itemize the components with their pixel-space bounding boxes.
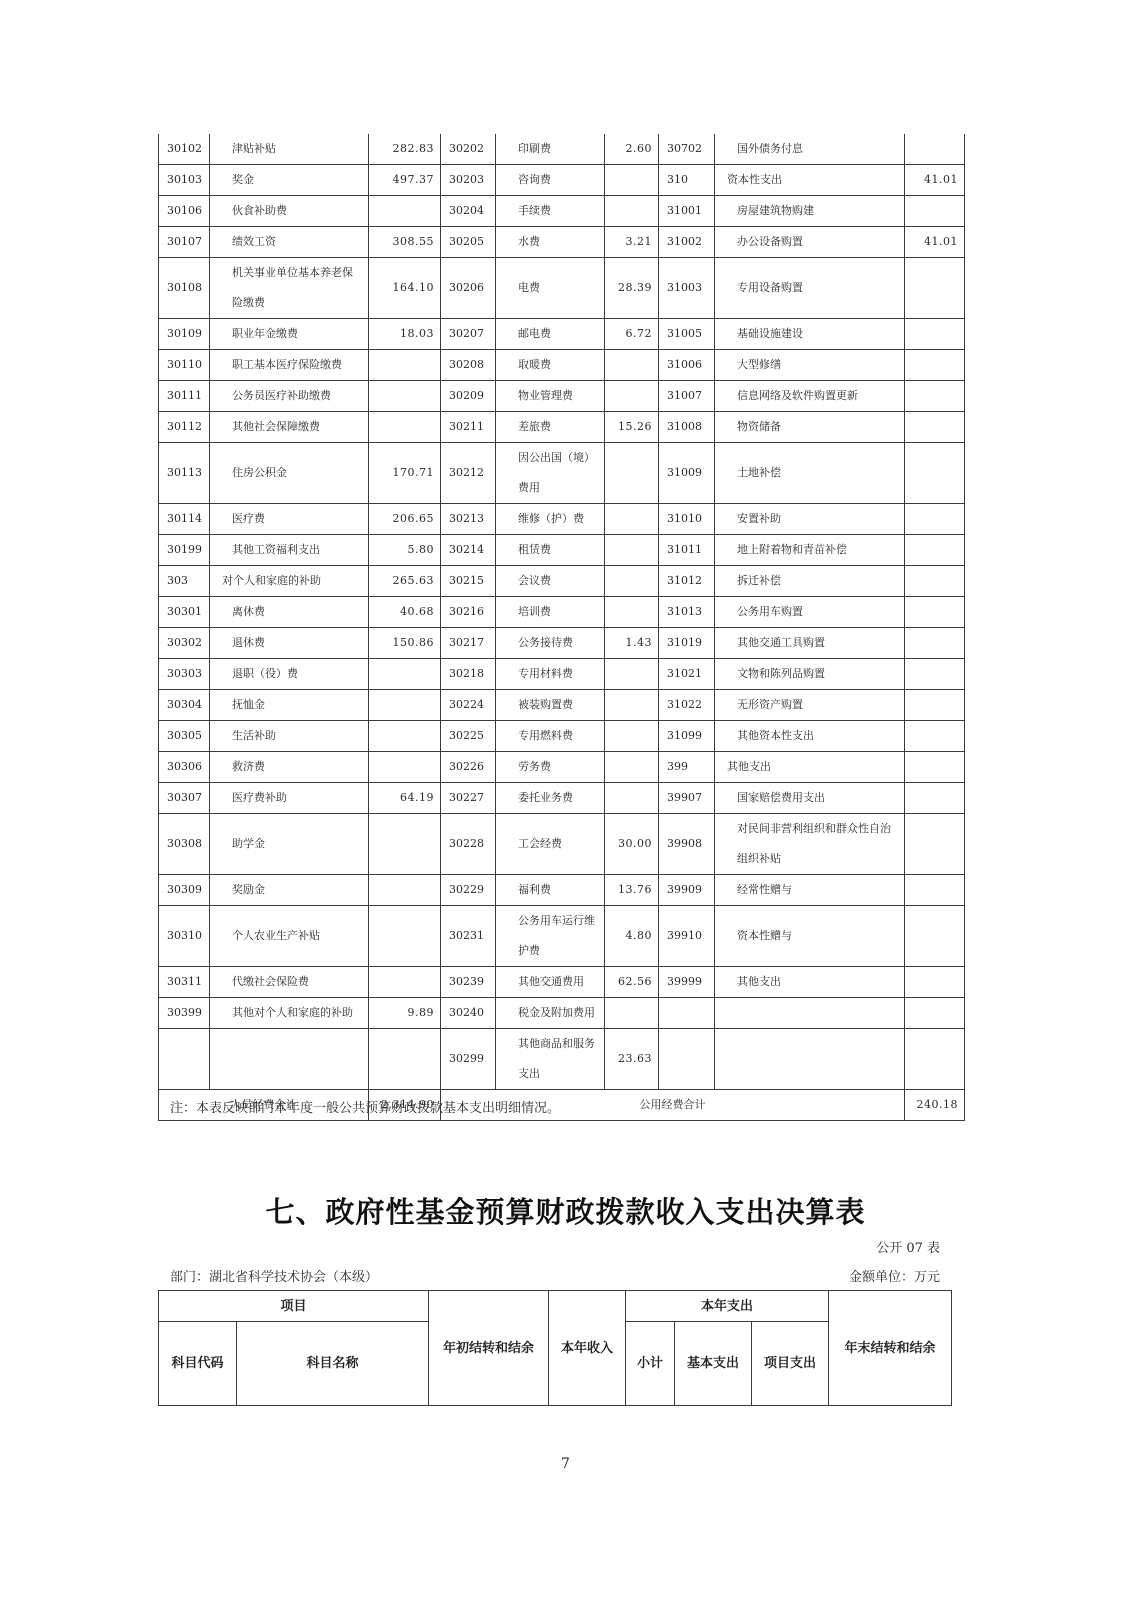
amount: 9.89 [369,998,441,1029]
amount [905,906,965,967]
header-subtotal: 小计 [626,1322,675,1406]
table-row: 30305生活补助30225专用燃料费31099其他资本性支出 [159,721,965,752]
amount [905,690,965,721]
subject-name: 住房公积金 [210,443,369,504]
subject-name: 房屋建筑物购建 [715,196,905,227]
subject-code: 30299 [441,1029,496,1090]
subject-name: 印刷费 [496,134,605,165]
amount [369,814,441,875]
amount [605,381,659,412]
amount: 2.60 [605,134,659,165]
subject-code [659,1029,715,1090]
subject-code: 31001 [659,196,715,227]
table-number: 公开 07 表 [876,1237,940,1256]
subject-name: 资本性支出 [715,165,905,196]
amount [905,350,965,381]
subject-code: 30302 [159,628,210,659]
amount [369,196,441,227]
amount [905,319,965,350]
amount: 206.65 [369,504,441,535]
subject-code: 39908 [659,814,715,875]
subject-code: 30214 [441,535,496,566]
table-row: 30306救济费30226劳务费399其他支出 [159,752,965,783]
amount [369,752,441,783]
subject-name: 离休费 [210,597,369,628]
subject-name: 国外债务付息 [715,134,905,165]
subject-name: 奖励金 [210,875,369,906]
subject-name: 取暖费 [496,350,605,381]
amount [369,350,441,381]
subject-code: 30199 [159,535,210,566]
amount: 265.63 [369,566,441,597]
amount: 3.21 [605,227,659,258]
subject-code: 30102 [159,134,210,165]
amount: 164.10 [369,258,441,319]
amount: 150.86 [369,628,441,659]
subject-name: 其他资本性支出 [715,721,905,752]
subject-name: 咨询费 [496,165,605,196]
subject-code: 30213 [441,504,496,535]
amount: 1.43 [605,628,659,659]
subject-code: 30309 [159,875,210,906]
subject-code: 30239 [441,967,496,998]
amount: 28.39 [605,258,659,319]
subject-code: 39909 [659,875,715,906]
subject-code: 31022 [659,690,715,721]
subject-code: 30218 [441,659,496,690]
subject-name: 国家赔偿费用支出 [715,783,905,814]
header-opening-balance: 年初结转和结余 [429,1291,549,1406]
table-row: 30308助学金30228工会经费30.0039908对民间非营利组织和群众性自… [159,814,965,875]
subject-name: 劳务费 [496,752,605,783]
subject-name: 其他支出 [715,752,905,783]
subject-name: 退休费 [210,628,369,659]
amount: 308.55 [369,227,441,258]
subject-code: 30205 [441,227,496,258]
subject-code: 30207 [441,319,496,350]
subject-code: 30228 [441,814,496,875]
header-annual-income: 本年收入 [549,1291,626,1406]
amount [905,443,965,504]
subject-name: 租赁费 [496,535,605,566]
table-row: 30110职工基本医疗保险缴费30208取暖费31006大型修缮 [159,350,965,381]
basic-expenditure-detail-table: 30102津贴补贴282.8330202印刷费2.6030702国外债务付息30… [158,134,965,1121]
subject-code: 310 [659,165,715,196]
amount [905,134,965,165]
subject-name: 其他商品和服务支出 [496,1029,605,1090]
header-project-expense: 项目支出 [752,1322,829,1406]
subject-code: 30112 [159,412,210,443]
subject-code: 30308 [159,814,210,875]
amount [905,659,965,690]
subject-code: 30110 [159,350,210,381]
amount [605,443,659,504]
subject-code: 30306 [159,752,210,783]
page-number: 7 [0,1456,1131,1472]
subject-code: 30231 [441,906,496,967]
subject-code: 30107 [159,227,210,258]
subject-code: 399 [659,752,715,783]
amount [369,875,441,906]
amount [369,412,441,443]
subject-name: 津贴补贴 [210,134,369,165]
subject-code: 30113 [159,443,210,504]
subject-code: 30206 [441,258,496,319]
subject-code: 31012 [659,566,715,597]
subject-name: 职工基本医疗保险缴费 [210,350,369,381]
subject-code: 39910 [659,906,715,967]
table-row: 30304抚恤金30224被装购置费31022无形资产购置 [159,690,965,721]
subject-name: 大型修缮 [715,350,905,381]
subject-name: 公务员医疗补助缴费 [210,381,369,412]
amount: 41.01 [905,165,965,196]
subject-code: 31003 [659,258,715,319]
amount [605,752,659,783]
amount [905,721,965,752]
amount [905,504,965,535]
government-fund-table: 项目 年初结转和结余 本年收入 本年支出 年末结转和结余 科目代码 科目名称 小… [158,1290,952,1406]
subject-name: 公务接待费 [496,628,605,659]
amount [369,1029,441,1090]
header-basic-expense: 基本支出 [675,1322,752,1406]
subject-code: 30216 [441,597,496,628]
subject-code: 30311 [159,967,210,998]
subject-name: 委托业务费 [496,783,605,814]
subject-code: 30303 [159,659,210,690]
table-row: 30107绩效工资308.5530205水费3.2131002办公设备购置41.… [159,227,965,258]
subject-name: 电费 [496,258,605,319]
table-row: 30108机关事业单位基本养老保险缴费164.1030206电费28.39310… [159,258,965,319]
subject-name: 办公设备购置 [715,227,905,258]
table-row: 30299其他商品和服务支出23.63 [159,1029,965,1090]
subject-name: 工会经费 [496,814,605,875]
subject-name: 物资储备 [715,412,905,443]
subject-name: 其他工资福利支出 [210,535,369,566]
public-total-value: 240.18 [905,1090,965,1121]
subject-name: 其他对个人和家庭的补助 [210,998,369,1029]
amount: 18.03 [369,319,441,350]
amount: 282.83 [369,134,441,165]
amount [369,721,441,752]
subject-name: 土地补偿 [715,443,905,504]
subject-name: 伙食补助费 [210,196,369,227]
amount: 30.00 [605,814,659,875]
table-row: 30399其他对个人和家庭的补助9.8930240税金及附加费用 [159,998,965,1029]
amount [905,628,965,659]
subject-name: 无形资产购置 [715,690,905,721]
subject-name: 手续费 [496,196,605,227]
subject-name: 公务用车运行维护费 [496,906,605,967]
header-item: 项目 [159,1291,429,1322]
subject-name: 文物和陈列品购置 [715,659,905,690]
subject-name: 其他交通工具购置 [715,628,905,659]
subject-name: 代缴社会保险费 [210,967,369,998]
subject-code: 30202 [441,134,496,165]
subject-code: 30229 [441,875,496,906]
amount [605,535,659,566]
table-row: 30199其他工资福利支出5.8030214租赁费31011地上附着物和青苗补偿 [159,535,965,566]
subject-code: 30399 [159,998,210,1029]
subject-code: 30114 [159,504,210,535]
subject-name: 物业管理费 [496,381,605,412]
subject-name: 助学金 [210,814,369,875]
table-row: 30310个人农业生产补贴30231公务用车运行维护费4.8039910资本性赠… [159,906,965,967]
table-row: 30113住房公积金170.7130212因公出国（境）费用31009土地补偿 [159,443,965,504]
amount: 170.71 [369,443,441,504]
subject-code: 30301 [159,597,210,628]
amount [905,814,965,875]
subject-code: 30702 [659,134,715,165]
subject-code: 30111 [159,381,210,412]
subject-name: 个人农业生产补贴 [210,906,369,967]
amount [369,906,441,967]
amount: 6.72 [605,319,659,350]
subject-code: 30203 [441,165,496,196]
amount [605,350,659,381]
subject-code: 30224 [441,690,496,721]
subject-name: 地上附着物和青苗补偿 [715,535,905,566]
subject-code: 30215 [441,566,496,597]
subject-code: 30204 [441,196,496,227]
subject-name: 救济费 [210,752,369,783]
amount [905,875,965,906]
amount [905,752,965,783]
section-title: 七、政府性基金预算财政拨款收入支出决算表 [0,1190,1131,1231]
amount: 5.80 [369,535,441,566]
subject-name: 绩效工资 [210,227,369,258]
subject-name: 维修（护）费 [496,504,605,535]
subject-code: 30217 [441,628,496,659]
table-row: 30111公务员医疗补助缴费30209物业管理费31007信息网络及软件购置更新 [159,381,965,412]
amount [905,196,965,227]
amount [605,690,659,721]
subject-name: 因公出国（境）费用 [496,443,605,504]
subject-code: 30106 [159,196,210,227]
subject-name: 专用设备购置 [715,258,905,319]
header-subject-code: 科目代码 [159,1322,237,1406]
department-label: 部门：湖北省科学技术协会（本级） [170,1266,378,1285]
table-row: 30309奖励金30229福利费13.7639909经常性赠与 [159,875,965,906]
amount [369,690,441,721]
subject-name: 专用材料费 [496,659,605,690]
subject-name: 专用燃料费 [496,721,605,752]
subject-code: 30211 [441,412,496,443]
subject-name: 公务用车购置 [715,597,905,628]
header-closing-balance: 年末结转和结余 [829,1291,952,1406]
amount: 41.01 [905,227,965,258]
subject-code: 39999 [659,967,715,998]
subject-code: 30310 [159,906,210,967]
subject-code: 303 [159,566,210,597]
subject-code [659,998,715,1029]
amount [905,412,965,443]
subject-code: 31099 [659,721,715,752]
table-row: 30311代缴社会保险费30239其他交通费用62.5639999其他支出 [159,967,965,998]
subject-name: 安置补助 [715,504,905,535]
subject-code: 30307 [159,783,210,814]
subject-name: 经常性赠与 [715,875,905,906]
subject-code: 30225 [441,721,496,752]
table-row: 30302退休费150.8630217公务接待费1.4331019其他交通工具购… [159,628,965,659]
subject-code: 31006 [659,350,715,381]
amount: 15.26 [605,412,659,443]
table-row: 30102津贴补贴282.8330202印刷费2.6030702国外债务付息 [159,134,965,165]
subject-name: 抚恤金 [210,690,369,721]
table-note: 注：本表反映部门本年度一般公共预算财政拨款基本支出明细情况。 [170,1097,560,1116]
table-row: 30303退职（役）费30218专用材料费31021文物和陈列品购置 [159,659,965,690]
amount [605,721,659,752]
table-row: 30301离休费40.6830216培训费31013公务用车购置 [159,597,965,628]
subject-name: 拆迁补偿 [715,566,905,597]
table-row: 30307医疗费补助64.1930227委托业务费39907国家赔偿费用支出 [159,783,965,814]
subject-name: 差旅费 [496,412,605,443]
subject-code: 30226 [441,752,496,783]
subject-name: 培训费 [496,597,605,628]
amount [905,566,965,597]
amount [605,165,659,196]
subject-name [715,1029,905,1090]
subject-name: 生活补助 [210,721,369,752]
subject-code: 30209 [441,381,496,412]
subject-name [210,1029,369,1090]
amount-unit-label: 金额单位：万元 [849,1266,940,1285]
subject-code: 30227 [441,783,496,814]
amount [905,783,965,814]
amount [605,504,659,535]
amount [905,967,965,998]
subject-name: 水费 [496,227,605,258]
amount: 13.76 [605,875,659,906]
amount [905,258,965,319]
header-subject-name: 科目名称 [237,1322,429,1406]
subject-name [715,998,905,1029]
subject-code: 30108 [159,258,210,319]
subject-code: 39907 [659,783,715,814]
subject-code: 30304 [159,690,210,721]
amount: 62.56 [605,967,659,998]
subject-code: 30305 [159,721,210,752]
subject-name: 其他交通费用 [496,967,605,998]
amount [605,597,659,628]
amount: 4.80 [605,906,659,967]
subject-name: 税金及附加费用 [496,998,605,1029]
amount: 64.19 [369,783,441,814]
subject-code: 31002 [659,227,715,258]
amount [605,998,659,1029]
table-row: 30106伙食补助费30204手续费31001房屋建筑物购建 [159,196,965,227]
subject-name: 对个人和家庭的补助 [210,566,369,597]
amount [905,535,965,566]
subject-code: 31011 [659,535,715,566]
amount [905,998,965,1029]
subject-code: 31019 [659,628,715,659]
subject-name: 医疗费补助 [210,783,369,814]
amount [605,659,659,690]
subject-code: 30212 [441,443,496,504]
amount [905,597,965,628]
subject-name: 邮电费 [496,319,605,350]
subject-code: 31010 [659,504,715,535]
subject-name: 职业年金缴费 [210,319,369,350]
table-row: 30103奖金497.3730203咨询费310资本性支出41.01 [159,165,965,196]
amount [905,381,965,412]
table-row: 30112其他社会保障缴费30211差旅费15.2631008物资储备 [159,412,965,443]
amount [369,659,441,690]
subject-code: 31008 [659,412,715,443]
subject-name: 资本性赠与 [715,906,905,967]
subject-code: 31021 [659,659,715,690]
amount [605,196,659,227]
amount [369,381,441,412]
subject-name: 机关事业单位基本养老保险缴费 [210,258,369,319]
amount [605,566,659,597]
subject-code: 30240 [441,998,496,1029]
subject-code: 30109 [159,319,210,350]
subject-code: 31009 [659,443,715,504]
subject-code [159,1029,210,1090]
subject-name: 其他社会保障缴费 [210,412,369,443]
subject-name: 基础设施建设 [715,319,905,350]
amount [369,967,441,998]
subject-code: 30103 [159,165,210,196]
amount: 40.68 [369,597,441,628]
subject-code: 30208 [441,350,496,381]
amount [905,1029,965,1090]
amount: 23.63 [605,1029,659,1090]
subject-name: 被装购置费 [496,690,605,721]
subject-name: 医疗费 [210,504,369,535]
subject-name: 其他支出 [715,967,905,998]
subject-name: 奖金 [210,165,369,196]
subject-code: 31005 [659,319,715,350]
amount [605,783,659,814]
subject-name: 福利费 [496,875,605,906]
table-row: 30114医疗费206.6530213维修（护）费31010安置补助 [159,504,965,535]
subject-code: 31013 [659,597,715,628]
amount: 497.37 [369,165,441,196]
subject-name: 信息网络及软件购置更新 [715,381,905,412]
subject-name: 退职（役）费 [210,659,369,690]
table-row: 303对个人和家庭的补助265.6330215会议费31012拆迁补偿 [159,566,965,597]
subject-name: 会议费 [496,566,605,597]
header-annual-expense: 本年支出 [626,1291,829,1322]
table-row: 30109职业年金缴费18.0330207邮电费6.7231005基础设施建设 [159,319,965,350]
subject-code: 31007 [659,381,715,412]
subject-name: 对民间非营利组织和群众性自治组织补贴 [715,814,905,875]
